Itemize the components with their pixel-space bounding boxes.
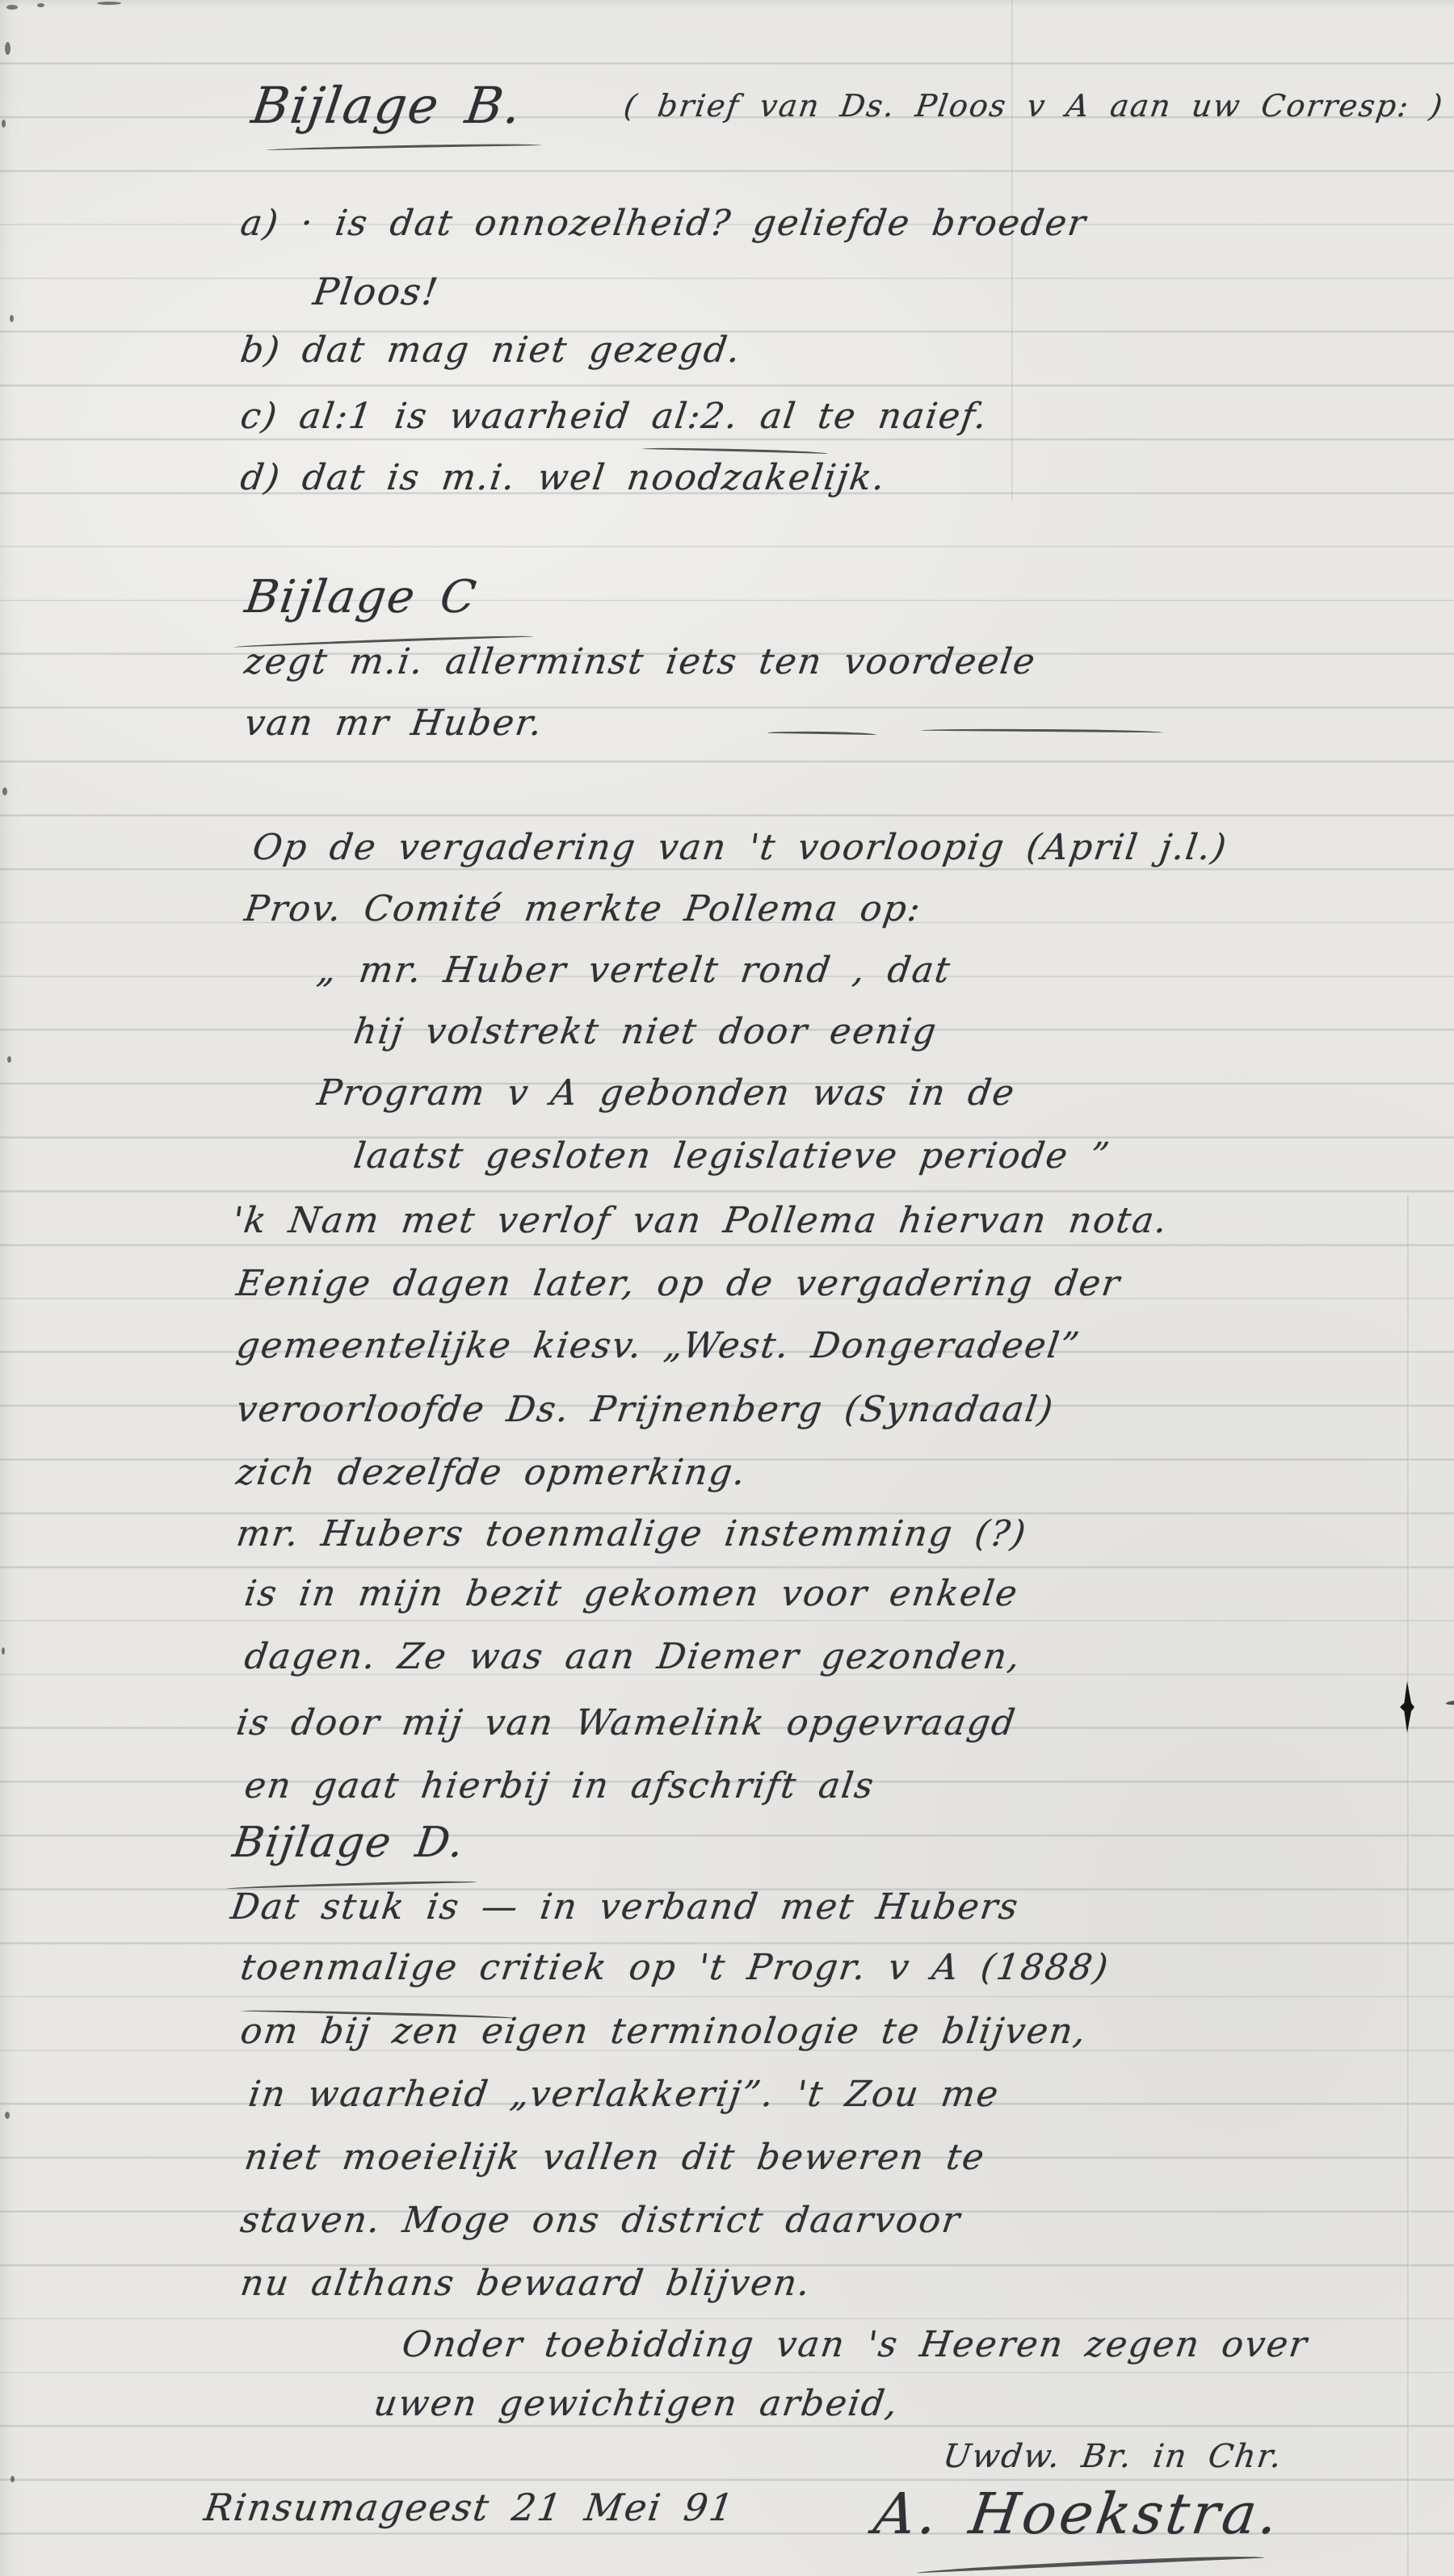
underline-signature xyxy=(917,2554,1264,2574)
heading-bijlage-b: Bijlage B. xyxy=(249,81,525,131)
text-line: is door mij van Wamelink opgevraagd xyxy=(234,1705,1019,1741)
text-line: veroorloofde Ds. Prijnenberg (Synadaal) xyxy=(234,1392,1057,1428)
scan-speck xyxy=(2,1647,5,1655)
scan-speck xyxy=(7,1056,11,1063)
scan-speck xyxy=(10,315,14,322)
scan-speck xyxy=(5,42,11,55)
text-line: is in mijn bezit gekomen voor enkele xyxy=(242,1576,1021,1612)
closing-line: Onder toebidding van 's Heeren zegen ove… xyxy=(400,2327,1310,2363)
signature: A. Hoekstra. xyxy=(871,2486,1284,2542)
ink-blot-dash xyxy=(1446,1700,1454,1705)
text-line: en gaat hierbij in afschrift als xyxy=(242,1768,877,1804)
quote-line: laatst gesloten legislatieve periode ” xyxy=(351,1139,1112,1174)
item-a: a) · is dat onnozelheid? geliefde broede… xyxy=(238,206,1089,241)
text-line: Prov. Comité merkte Pollema op: xyxy=(242,892,924,927)
text-line: in waarheid „verlakkerij”. 't Zou me xyxy=(246,2077,1002,2112)
item-a-continued: Ploos! xyxy=(311,273,442,310)
scan-speck xyxy=(37,3,44,7)
scan-speck xyxy=(5,2112,10,2119)
text-line: niet moeielijk vallen dit beweren te xyxy=(242,2140,988,2175)
text-line: zegt m.i. allerminst iets ten voordeele xyxy=(242,644,1038,680)
item-c: c) al:1 is waarheid al:2. al te naief. xyxy=(238,399,990,434)
scan-speck xyxy=(2,120,6,128)
closing-line: uwen gewichtigen arbeid, xyxy=(372,2386,901,2422)
text-line: dagen. Ze was aan Diemer gezonden, xyxy=(242,1639,1023,1675)
quote-line: „ mr. Huber vertelt rond , dat xyxy=(315,953,953,988)
text-line: 'k Nam met verlof van Pollema hiervan no… xyxy=(230,1203,1170,1239)
scan-speck xyxy=(2,787,7,795)
place-date: Rinsumageest 21 Mei 91 xyxy=(202,2489,738,2526)
text-line: Dat stuk is — in verband met Hubers xyxy=(229,1890,1021,1925)
scan-speck xyxy=(6,5,18,10)
scan-speck xyxy=(97,2,121,5)
underline-bijlage-b xyxy=(267,143,541,150)
text-line: om bij zen eigen terminologie te blijven… xyxy=(238,2014,1090,2049)
quote-line: hij volstrekt niet door eenig xyxy=(351,1014,939,1050)
item-b: b) dat mag niet gezegd. xyxy=(238,333,744,368)
text-line: mr. Hubers toenmalige instemming (?) xyxy=(234,1517,1029,1552)
valediction: Uwdw. Br. in Chr. xyxy=(941,2440,1285,2473)
heading-subtitle: ( brief van Ds. Ploos v A aan uw Corresp… xyxy=(622,90,1446,121)
paper-crease-top xyxy=(1011,0,1015,501)
heading-bijlage-c: Bijlage C xyxy=(242,575,480,620)
text-line: staven. Moge ons district daarvoor xyxy=(238,2203,963,2238)
text-line: zich dezelfde opmerking. xyxy=(234,1455,749,1491)
scanned-letter-page: Bijlage B.( brief van Ds. Ploos v A aan … xyxy=(0,0,1454,2576)
text-line: Eenige dagen later, op de vergadering de… xyxy=(234,1266,1123,1302)
ink-blot xyxy=(1400,1681,1414,1733)
text-line: nu althans bewaard blijven. xyxy=(238,2266,813,2301)
item-d: d) dat is m.i. wel noodzakelijk. xyxy=(238,460,889,496)
paper-crease-right xyxy=(1407,1195,1410,2576)
underline-ten xyxy=(767,731,876,735)
text-line: toenmalige critiek op 't Progr. v A (188… xyxy=(238,1950,1112,1986)
text-line: gemeentelijke kiesv. „West. Dongeradeel” xyxy=(234,1328,1082,1364)
scan-speck xyxy=(11,2476,15,2482)
text-line: Op de vergadering van 't voorloopig (Apr… xyxy=(250,830,1229,866)
text-line: van mr Huber. xyxy=(242,706,545,741)
heading-bijlage-d: Bijlage D. xyxy=(230,1822,468,1864)
underline-voordeele xyxy=(921,728,1163,733)
underline-waarheid xyxy=(642,447,828,454)
quote-line: Program v A gebonden was in de xyxy=(315,1076,1018,1111)
